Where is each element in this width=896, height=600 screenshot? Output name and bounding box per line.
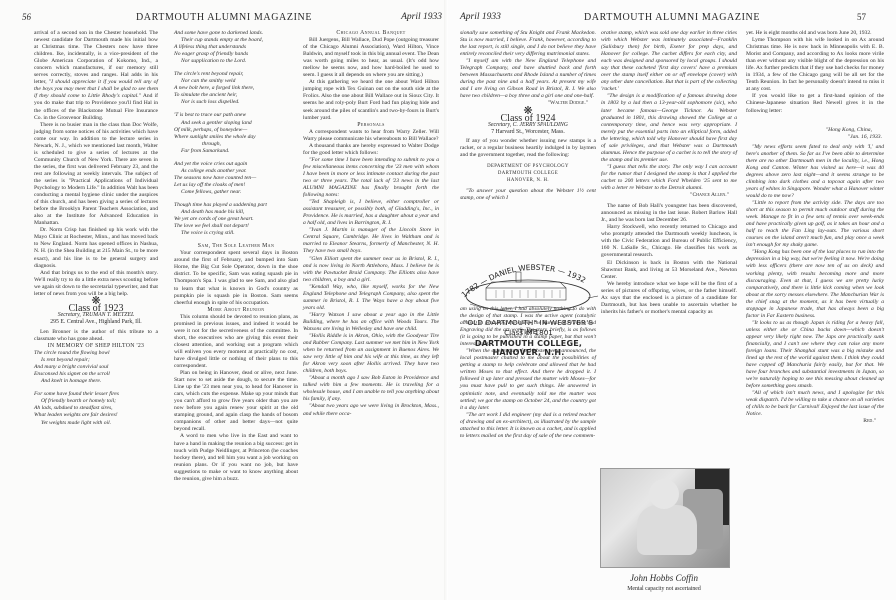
dateline: "Jan. 16, 1933. [746, 134, 884, 141]
letter-paragraph: "Ted Shapleigh is, I believe, either com… [303, 199, 439, 227]
section-heading: Sam, The Sole Leather Man [174, 243, 298, 250]
paragraph: Lyme Thompson with his wife looked in on… [746, 37, 884, 93]
letter-paragraph: orative stamp, which was sold one day ea… [601, 30, 737, 93]
paragraph: A thousand thanks are hereby expressed t… [303, 143, 439, 157]
letter-paragraph: "The design is a modification of a famou… [601, 93, 737, 163]
running-header: 56 DARTMOUTH ALUMNI MAGAZINE April 1933 [0, 10, 448, 26]
letter-paragraph: "Hong Kong has been one of the last plac… [746, 249, 884, 319]
poem-stanza: For some have found their lesser firesOf… [34, 391, 158, 426]
paragraph: Len Bronner is the author of this tribut… [34, 329, 158, 343]
paragraph: arrival of a second son in the Chester h… [34, 30, 158, 122]
paragraph: If any of you wonder whether issuing new… [460, 138, 596, 159]
signature: "Chance Allen." [601, 192, 737, 199]
poem-stanza: And some have gone to darkened lands.The… [174, 30, 298, 65]
paragraph: There is no busier man in the class than… [34, 122, 158, 228]
secretary-line: Secretary, C. JERRY SPAULDING [460, 122, 596, 129]
paragraph: Your correspondent spent several days in… [174, 250, 298, 306]
magazine-title: DARTMOUTH ALUMNI MAGAZINE [0, 12, 448, 23]
paragraph: A word to men who live in the East and w… [174, 433, 298, 482]
running-header: April 1933 DARTMOUTH ALUMNI MAGAZINE 57 [448, 10, 896, 26]
letter-paragraph: "About two years ago we were living in B… [303, 403, 439, 417]
dartmouth-campus-drawing-icon: 1782 — DANIEL WEBSTER — 1932 [456, 258, 601, 318]
poem-stanza: The circle round the flowing bowlIs rent… [34, 350, 158, 385]
paragraph: The name of Bob Hall's youngster has bee… [601, 203, 737, 224]
paragraph: El Dickinson is back in Boston with the … [601, 260, 737, 281]
paragraph: Harry Stockwell, who recently returned t… [601, 224, 737, 259]
letter-paragraph: "To answer your question about the Webst… [460, 188, 596, 202]
class-heading: Class of 1923 [34, 305, 158, 312]
paragraph: A correspondent wants to hear from Warry… [303, 129, 439, 143]
photo-subcaption: Mental capacity not ascertained [600, 586, 728, 592]
column-2: And some have gone to darkened lands.The… [174, 30, 298, 483]
letter-paragraph: sionally saw something of Stu Knight and… [460, 30, 596, 58]
page-56: 56 DARTMOUTH ALUMNI MAGAZINE April 1933 … [0, 0, 448, 600]
letter-paragraph: "Little to report from the activity side… [746, 200, 884, 249]
letter-paragraph: "All of which isn't much news, and I apo… [746, 390, 884, 418]
section-heading: Personals [303, 122, 439, 129]
section-heading: Chicago Annual Banquet [303, 30, 439, 37]
address-line: 295 E. Central Ave., Highland Park, Ill. [34, 319, 158, 326]
poem-stanza: The circle's rent beyond repair,Nor can … [174, 71, 298, 106]
baby-photograph [600, 468, 730, 568]
paragraph: Dr. Norm Crisp has finished up his work … [34, 227, 158, 269]
paragraph: This column should be devoted to reunion… [174, 314, 298, 370]
paragraph: Bill Juergens, Bill Wallace, Dud Pope (o… [303, 37, 439, 79]
letter-paragraph: "I guess that tells the story. The only … [601, 164, 737, 192]
letter-paragraph: "About a month ago I saw Bob Eaton in Pr… [303, 375, 439, 403]
letter-paragraph: "Harry Watson I saw about a year ago in … [303, 312, 439, 333]
letter-paragraph: "Hollis Riddle is in Akron, Ohio, with t… [303, 333, 439, 375]
class-heading: Class of 1924 [460, 115, 596, 122]
letter-paragraph: "For some time I have been intending to … [303, 157, 439, 199]
column-3: Chicago Annual Banquet Bill Juergens, Bi… [303, 30, 439, 418]
cachet-caption: DARTMOUTH COLLEGE, HANOVER, N.H. [456, 339, 601, 357]
address-line: 7 Harvard St., Worcester, Mass. [460, 129, 596, 136]
column-2: orative stamp, which was sold one day ea… [601, 30, 737, 316]
poem-stanza: And yet the voice cries out againAs coll… [174, 161, 298, 196]
paragraph: yet. He is eight months old and was born… [746, 30, 884, 37]
paragraph: At this gathering we heard the one about… [303, 79, 439, 121]
letter-paragraph: "My news efforts seem fated to deal only… [746, 144, 884, 200]
paragraph: And that brings us to the end of this mo… [34, 270, 158, 298]
photo-caption: John Hobbs Coffin [600, 573, 728, 583]
section-heading: More About Reunion [174, 307, 298, 314]
webster-cachet-illustration: 1782 — DANIEL WEBSTER — 1932 "OLD DARTMO… [456, 258, 601, 358]
letter-paragraph: "Ivan J. Martin is manager of the Lincol… [303, 227, 439, 255]
poem-stanza: 'T is best to trace our path anewAnd see… [174, 112, 298, 154]
column-1: sionally saw something of Stu Knight and… [460, 30, 596, 440]
paragraph: Plan on being in Hanover, dead or alive,… [174, 370, 298, 433]
paragraph: If you would like to get a first-hand op… [746, 93, 884, 114]
page-number: 57 [857, 12, 866, 22]
paragraph: We hereby introduce what we hope will be… [601, 281, 737, 316]
letter-paragraph: "Kendall Way, who, like myself, works fo… [303, 284, 439, 312]
letter-paragraph: "Glen Elliott spent the summer near us i… [303, 256, 439, 284]
issue-date: April 1933 [401, 12, 442, 22]
signature: Red." [746, 418, 884, 425]
letter-paragraph: "It looks to us as though Japan is ridin… [746, 320, 884, 390]
column-1: arrival of a second son in the Chester h… [34, 30, 158, 433]
svg-text:1782 — DANIEL WEBSTER — 1932: 1782 — DANIEL WEBSTER — 1932 [460, 263, 588, 300]
column-3: yet. He is eight months old and was born… [746, 30, 884, 426]
letter-paragraph: "I myself am with the New England Teleph… [460, 58, 596, 100]
letter-paragraph: "The art work I did engineer (my dad is … [460, 412, 596, 440]
secretary-line: Secretary, TRUMAN T. METZEL [34, 312, 158, 319]
poem-stanza: Though time has played a saddening partA… [174, 202, 298, 237]
dateline: "Hong Kong, China, [746, 127, 884, 134]
cachet-caption: Class of 1801 [456, 328, 601, 337]
letterhead: DEPARTMENT OF PSYCHOLOGY DARTMOUTH COLLE… [460, 163, 596, 184]
magazine-title: DARTMOUTH ALUMNI MAGAZINE [448, 12, 896, 23]
